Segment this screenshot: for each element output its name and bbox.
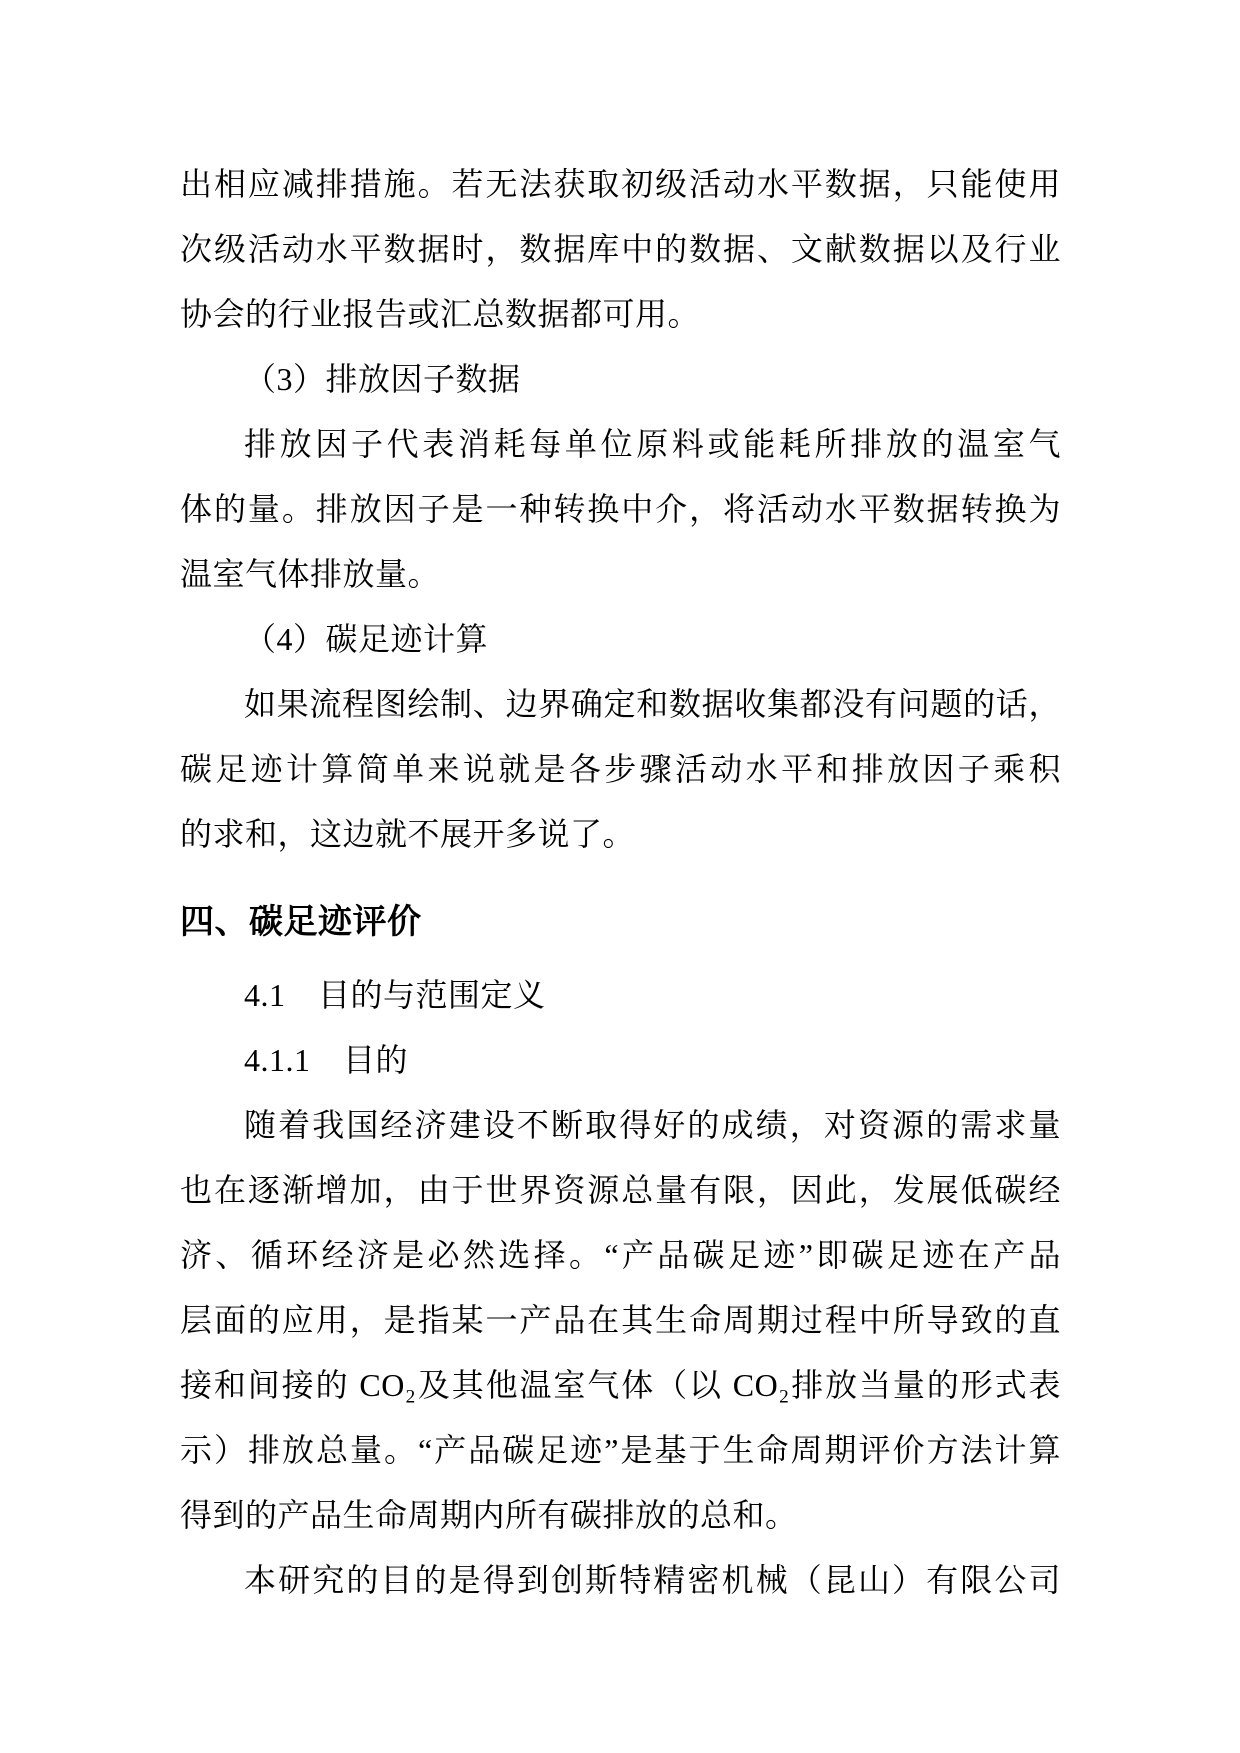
document-line: 4.1.1 目的: [180, 1028, 1061, 1093]
document-line: 协会的行业报告或汇总数据都可用。: [180, 282, 1061, 347]
document-line: 4.1 目的与范围定义: [180, 963, 1061, 1028]
document-line: 济、循环经济是必然选择。“产品碳足迹”即碳足迹在产品: [180, 1223, 1061, 1288]
document-line: （3）排放因子数据: [180, 347, 1061, 412]
document-line: 的求和，这边就不展开多说了。: [180, 802, 1061, 867]
document-line: 层面的应用，是指某一产品在其生命周期过程中所导致的直: [180, 1288, 1061, 1353]
document-line: 如果流程图绘制、边界确定和数据收集都没有问题的话，: [180, 672, 1061, 737]
document-line: 排放因子代表消耗每单位原料或能耗所排放的温室气: [180, 412, 1061, 477]
document-line: 碳足迹计算简单来说就是各步骤活动水平和排放因子乘积: [180, 737, 1061, 802]
document-line: 得到的产品生命周期内所有碳排放的总和。: [180, 1483, 1061, 1548]
section-heading: 四、碳足迹评价: [180, 890, 1061, 955]
document-line: 次级活动水平数据时，数据库中的数据、文献数据以及行业: [180, 217, 1061, 282]
document-line: （4）碳足迹计算: [180, 607, 1061, 672]
document-line: 温室气体排放量。: [180, 542, 1061, 607]
document-line: 随着我国经济建设不断取得好的成绩，对资源的需求量: [180, 1093, 1061, 1158]
document-text-block: 出相应减排措施。若无法获取初级活动水平数据，只能使用次级活动水平数据时，数据库中…: [180, 152, 1061, 1613]
document-line: 接和间接的 CO₂及其他温室气体（以 CO₂排放当量的形式表: [180, 1353, 1061, 1418]
document-page: 出相应减排措施。若无法获取初级活动水平数据，只能使用次级活动水平数据时，数据库中…: [0, 0, 1240, 1753]
document-line: 也在逐渐增加，由于世界资源总量有限，因此，发展低碳经: [180, 1158, 1061, 1223]
document-line: 出相应减排措施。若无法获取初级活动水平数据，只能使用: [180, 152, 1061, 217]
document-line: 示）排放总量。“产品碳足迹”是基于生命周期评价方法计算: [180, 1418, 1061, 1483]
document-line: 体的量。排放因子是一种转换中介，将活动水平数据转换为: [180, 477, 1061, 542]
document-line: 本研究的目的是得到创斯特精密机械（昆山）有限公司: [180, 1548, 1061, 1613]
